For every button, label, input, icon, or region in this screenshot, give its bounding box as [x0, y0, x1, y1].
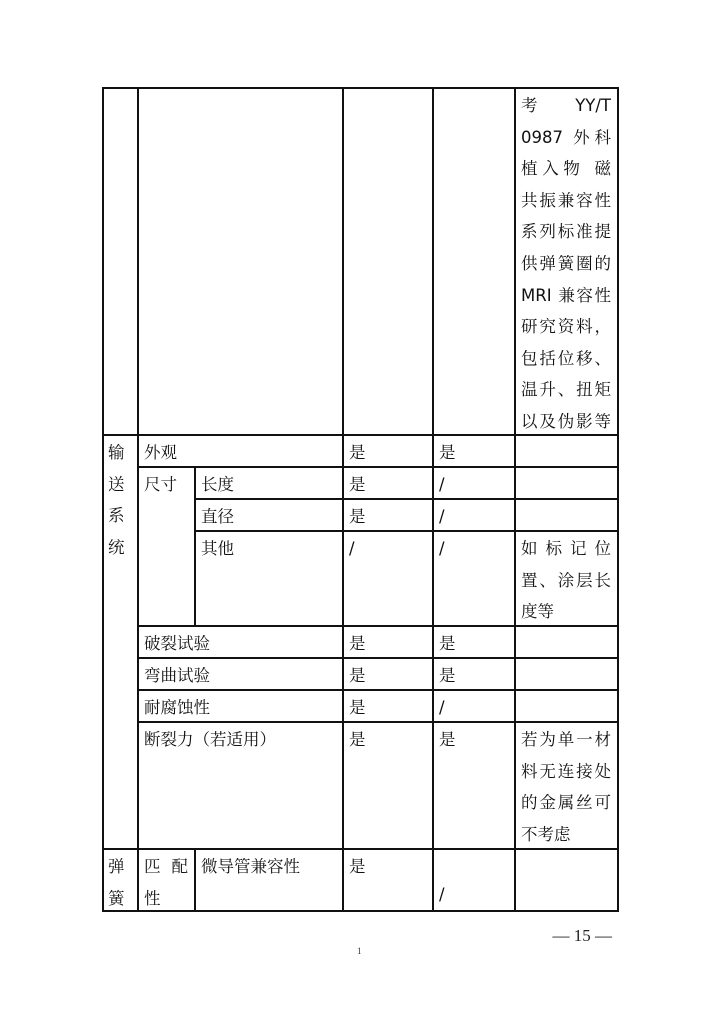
row-divider [194, 530, 618, 532]
label-char: 送 [108, 469, 132, 501]
col4-value: / [433, 533, 451, 565]
note-line: 温升、扭矩 [521, 374, 611, 406]
note-line: 度等 [521, 596, 611, 628]
note-line: 置、涂层长 [521, 565, 611, 597]
note-line: 供弹簧圈的 [521, 248, 611, 280]
row-divider [137, 466, 618, 468]
label-char: 输 [108, 437, 132, 469]
section-label-delivery-system: 输 送 系 统 [103, 437, 137, 563]
col3-value: 是 [343, 660, 372, 692]
col4-value: / [433, 469, 451, 501]
label-char: 弹 [108, 851, 132, 883]
other-note: 如 标 记 位 置、涂层长 度等 [515, 533, 617, 628]
col4-value: / [433, 879, 451, 911]
item-other: 其他 [195, 533, 240, 565]
col3-value: 是 [343, 501, 372, 533]
note-line: 研究资料， [521, 311, 611, 343]
group-line: 匹 配 [144, 851, 188, 883]
col3-value: 是 [343, 628, 372, 660]
break-force-note: 若为单一材 料无连接处 的金属丝可 不考虑 [515, 724, 617, 850]
col3-value: 是 [343, 851, 372, 883]
label-char: 统 [108, 532, 132, 564]
mri-compat-note: 考 YY/T 0987 外科 植入物 磁 共振兼容性 系列标准提 供弹簧圈的 M… [515, 90, 617, 438]
note-line: 共振兼容性 [521, 185, 611, 217]
item-break-force: 断裂力（若适用） [138, 724, 282, 756]
col3-value: 是 [343, 724, 372, 756]
note-line: 系列标准提 [521, 216, 611, 248]
note-line: 0987 外科 [521, 122, 611, 154]
note-line: 如 标 记 位 [521, 533, 611, 565]
note-line: 料无连接处 [521, 756, 611, 788]
label-char: 系 [108, 500, 132, 532]
note-line: 的金属丝可 [521, 787, 611, 819]
note-line: 若为单一材 [521, 724, 611, 756]
item-corrosion-resistance: 耐腐蚀性 [138, 692, 216, 724]
group-line: 性 [144, 883, 188, 915]
col3-value: / [343, 533, 361, 565]
col3-value: 是 [343, 692, 372, 724]
footnote-mark: 1 [357, 946, 362, 956]
note-line: 不考虑 [521, 819, 611, 851]
section-label-spring: 弹 簧 [103, 851, 137, 914]
col4-value: 是 [433, 437, 462, 469]
document-page: 考 YY/T 0987 外科 植入物 磁 共振兼容性 系列标准提 供弹簧圈的 M… [0, 0, 720, 1018]
table-border-right [617, 87, 619, 912]
note-line: 植入物 磁 [521, 153, 611, 185]
item-bend-test: 弯曲试验 [138, 660, 216, 692]
col4-value: 是 [433, 660, 462, 692]
note-line: 以及伪影等 [521, 406, 611, 438]
item-length: 长度 [195, 469, 240, 501]
page-number: — 15 — [553, 926, 613, 946]
group-dimensions: 尺寸 [138, 469, 183, 501]
item-microcatheter-compat: 微导管兼容性 [195, 851, 306, 883]
label-char: 簧 [108, 883, 132, 915]
note-line: MRI 兼容性 [521, 280, 611, 312]
col4-value: / [433, 501, 451, 533]
col3-value: 是 [343, 469, 372, 501]
note-line: 包括位移、 [521, 343, 611, 375]
row-divider [194, 498, 618, 500]
note-line: 考 YY/T [521, 90, 611, 122]
group-compatibility: 匹 配 性 [138, 851, 194, 914]
col4-value: 是 [433, 628, 462, 660]
item-diameter: 直径 [195, 501, 240, 533]
item-appearance: 外观 [138, 437, 183, 469]
col3-value: 是 [343, 437, 372, 469]
item-burst-test: 破裂试验 [138, 628, 216, 660]
table-border-top [102, 87, 618, 89]
col4-value: / [433, 692, 451, 724]
col4-value: 是 [433, 724, 462, 756]
